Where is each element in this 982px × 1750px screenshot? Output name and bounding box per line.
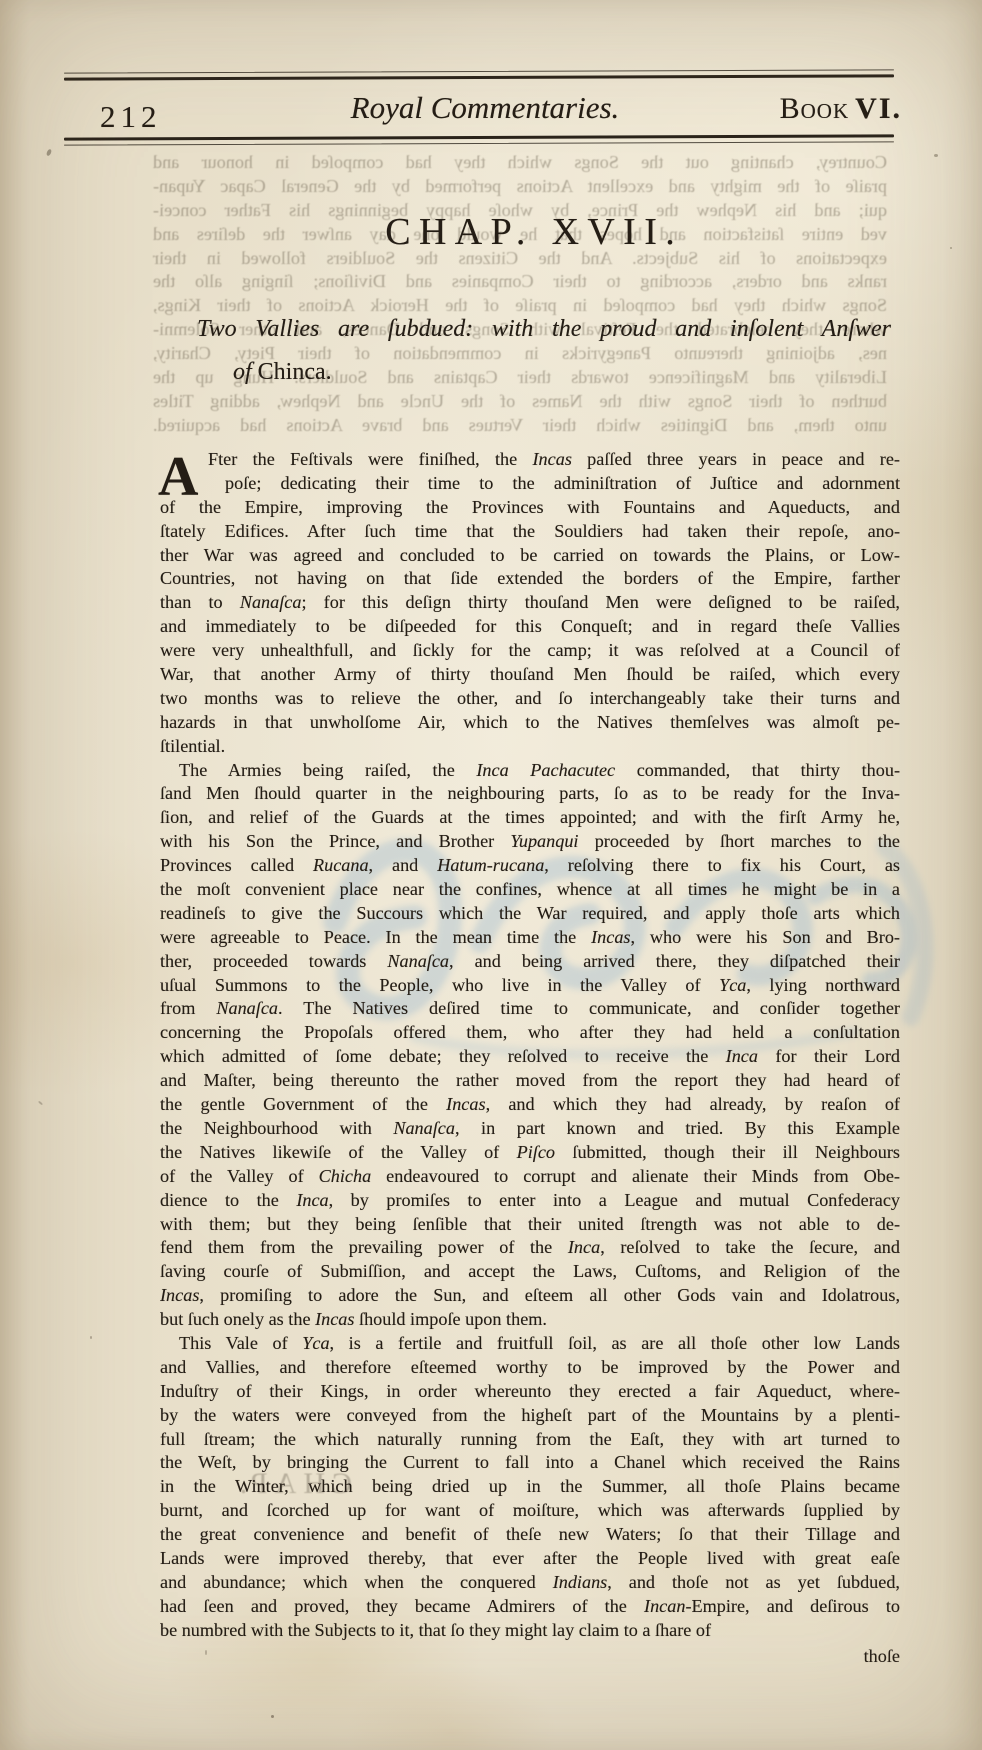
text-line: in the Winter, which being dried up in t… (160, 1475, 900, 1499)
body-text: AFter the Feſtivals were finiſhed, the I… (160, 448, 900, 1643)
ink-speck (950, 247, 952, 249)
book-number: VI. (855, 92, 902, 125)
text-line: the Neighbourhood with Nanaſca, in part … (160, 1117, 900, 1141)
ink-speck (205, 1650, 207, 1655)
text-line: the gentle Government of the Incas, and … (160, 1093, 900, 1117)
bleedthrough-line: unto them, and Dignities which their Ver… (153, 414, 887, 438)
book-label: Book VI. (780, 92, 902, 126)
text-line: The Armies being raiſed, the Inca Pachac… (160, 759, 900, 783)
text-line: the moſt convenient place near the confi… (160, 878, 900, 902)
chapter-argument: Two Vallies are ſubdued: with the proud … (197, 308, 891, 394)
text-line: had ſeen and proved, they became Admirer… (160, 1595, 900, 1619)
text-line: dience to the Inca, by promiſes to enter… (160, 1189, 900, 1213)
text-line: This Vale of Yca, is a fertile and fruit… (160, 1332, 900, 1356)
text-line: ſand Men ſhould quarter in the neighbour… (160, 782, 900, 806)
text-line: were very unhealthfull, and ſickly for t… (160, 639, 900, 663)
text-line: the Weſt, by bringing the Current to fal… (160, 1451, 900, 1475)
text-line: Induſtry of their Kings, in order whereu… (160, 1380, 900, 1404)
text-line: and Maſter, being thereunto the rather m… (160, 1069, 900, 1093)
paragraph: The Armies being raiſed, the Inca Pachac… (160, 759, 900, 1332)
text-line: two months was to relieve the other, and… (160, 687, 900, 711)
argument-line: Two Vallies are ſubdued: with the proud … (197, 308, 891, 351)
text-line: with his Son the Prince, and Brother Yup… (160, 830, 900, 854)
text-line: and abundance; which when the conquered … (160, 1571, 900, 1595)
text-line: be numbred with the Subjects to it, that… (160, 1619, 900, 1643)
bleedthrough-line: ranks and orders, according to their Com… (153, 270, 887, 294)
text-line: Countries, not having on that ſide exten… (160, 567, 900, 591)
ink-speck (271, 1715, 274, 1718)
header-rule-top-thin (64, 69, 894, 73)
text-line: ther, proceeded towards Nanaſca, and bei… (160, 950, 900, 974)
paragraph: AFter the Feſtivals were finiſhed, the I… (160, 448, 900, 759)
text-line: readineſs to give the Succours which the… (160, 902, 900, 926)
text-line: which admitted of ſome debate; they reſo… (160, 1045, 900, 1069)
text-line: by the waters were conveyed from the hig… (160, 1404, 900, 1428)
text-line: but ſuch onely as the Incas ſhould impoſ… (160, 1308, 900, 1332)
paragraph: This Vale of Yca, is a fertile and fruit… (160, 1332, 900, 1643)
book-word: Book (780, 92, 850, 125)
text-line: War, that another Army of thirty thouſan… (160, 663, 900, 687)
header-rule-bottom-thick (64, 134, 894, 140)
text-line: ſtilential. (160, 735, 900, 759)
text-line: concerning the Propoſals offered them, w… (160, 1021, 900, 1045)
text-line: the Natives likewiſe of the Valley of Pi… (160, 1141, 900, 1165)
chapter-heading: CHAP. XVII. (160, 210, 900, 254)
text-line: ther War was agreed and concluded to be … (160, 544, 900, 568)
ink-speck (46, 148, 53, 156)
ink-speck (934, 154, 938, 157)
text-line: uſual Summons to the People, who live in… (160, 974, 900, 998)
ink-speck (38, 1101, 43, 1106)
text-line: than to Nanaſca; for this deſign thirty … (160, 591, 900, 615)
text-line: Incas, promiſing to adore the Sun, and e… (160, 1284, 900, 1308)
text-line: Fter the Feſtivals were finiſhed, the In… (160, 448, 900, 472)
text-line: of the Empire, improving the Provinces w… (160, 496, 900, 520)
text-line: ſion, and relief of the Guards at the ti… (160, 806, 900, 830)
text-line: of the Valley of Chicha endeavoured to c… (160, 1165, 900, 1189)
argument-line: of Chinca. (197, 351, 891, 394)
bleedthrough-block: Countrey, chanting out the Songs which t… (153, 151, 887, 438)
text-line: were agreeable to Peace. In the mean tim… (160, 926, 900, 950)
text-line: fend them from the prevailing power of t… (160, 1236, 900, 1260)
bleedthrough-line: Countrey, chanting out the Songs which t… (153, 151, 887, 175)
text-line: from Nanaſca. The Natives deſired time t… (160, 997, 900, 1021)
drop-cap: A (158, 449, 198, 505)
text-line: full ſtream; the which naturally running… (160, 1428, 900, 1452)
text-line: and immediately to be diſpeeded for this… (160, 615, 900, 639)
text-line: ſtately Edifices. After ſuch time that t… (160, 520, 900, 544)
header-rule-bottom-thin (64, 141, 894, 145)
text-line: and Vallies, and therefore eſteemed wort… (160, 1356, 900, 1380)
text-line: the great convenience and benefit of the… (160, 1523, 900, 1547)
text-line: poſe; dedicating their time to the admin… (160, 472, 900, 496)
text-line: hazards in that unwholſome Air, which to… (160, 711, 900, 735)
text-line: burnt, and ſcorched up for want of moiſt… (160, 1499, 900, 1523)
running-title: Royal Commentaries. (330, 90, 640, 126)
catchword: thoſe (864, 1646, 900, 1667)
text-line: Provinces called Rucana, and Hatum-rucan… (160, 854, 900, 878)
bleedthrough-line: praiſe of the mighty and excellent Actio… (153, 175, 887, 199)
text-line: with them; but they being ſenſible that … (160, 1213, 900, 1237)
text-line: ſaving courſe of Submiſſion, and accept … (160, 1260, 900, 1284)
text-line: Lands were improved thereby, that ever a… (160, 1547, 900, 1571)
folio-number: 212 (100, 99, 162, 135)
book-page: Countrey, chanting out the Songs which t… (0, 0, 982, 1750)
header-rule-top-thick (64, 74, 894, 80)
ink-speck (90, 1336, 92, 1339)
